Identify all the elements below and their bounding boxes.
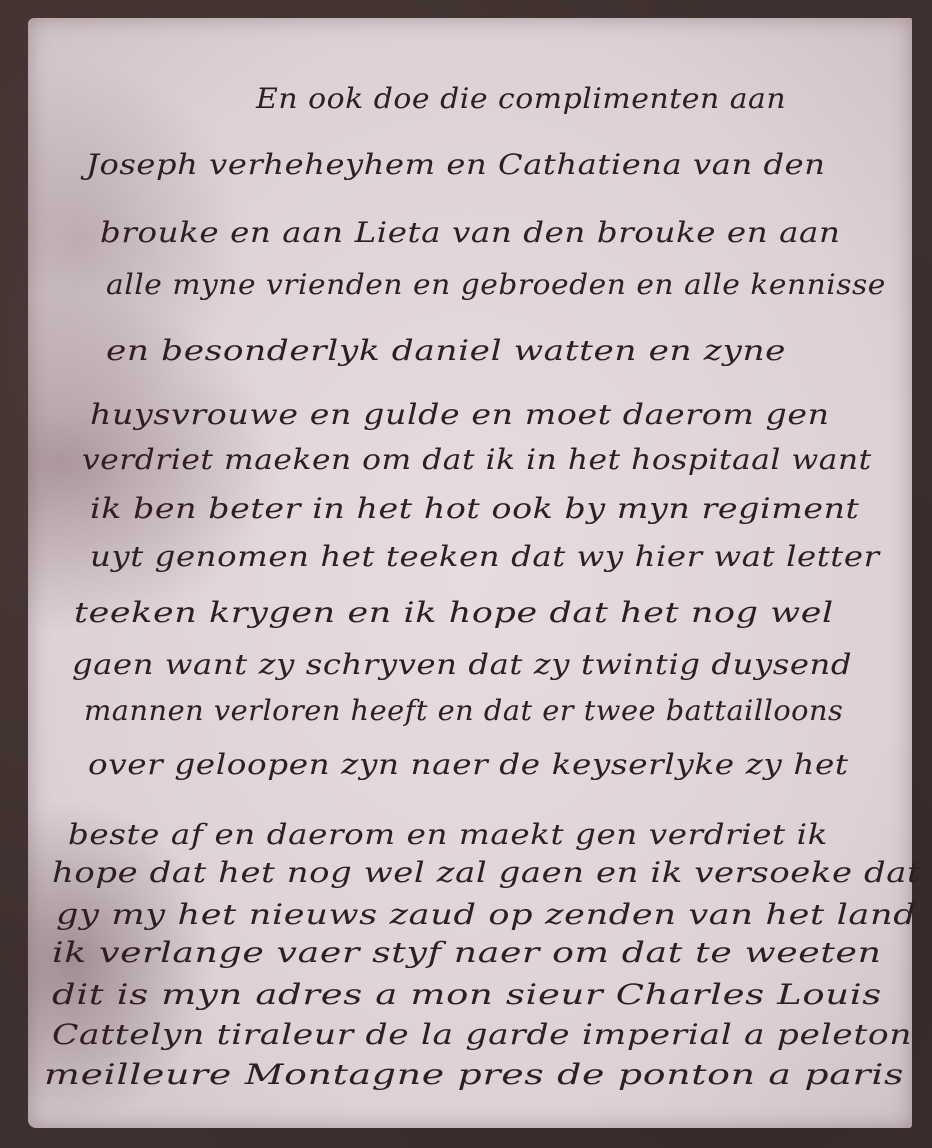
- letter-line-6: huysvrouwe en gulde en moet daerom gen: [90, 398, 830, 431]
- letter-line-20: meilleure Montagne pres de ponton a pari…: [44, 1058, 904, 1091]
- letter-line-8: ik ben beter in het hot ook by myn regim…: [90, 492, 859, 525]
- letter-line-4: alle myne vrienden en gebroeden en alle …: [106, 268, 886, 301]
- letter-line-12: mannen verloren heeft en dat er twee bat…: [84, 694, 843, 727]
- letter-line-9: uyt genomen het teeken dat wy hier wat l…: [90, 540, 880, 573]
- letter-line-11: gaen want zy schryven dat zy twintig duy…: [72, 648, 852, 681]
- letter-line-5: en besonderlyk daniel watten en zyne: [106, 334, 786, 367]
- letter-line-7: verdriet maeken om dat ik in het hospita…: [82, 443, 872, 476]
- letter-line-10: teeken krygen en ik hope dat het nog wel: [74, 596, 834, 629]
- letter-line-13: over geloopen zyn naer de keyserlyke zy …: [88, 748, 849, 781]
- letter-line-17: ik verlange vaer styf naer om dat te wee…: [52, 936, 882, 969]
- letter-text: En ook doe die complimenten aan Joseph v…: [28, 18, 912, 1128]
- letter-page: En ook doe die complimenten aan Joseph v…: [28, 18, 912, 1128]
- letter-line-3: brouke en aan Lieta van den brouke en aa…: [100, 216, 840, 249]
- letter-line-18: dit is myn adres a mon sieur Charles Lou…: [52, 978, 882, 1011]
- letter-line-19: Cattelyn tiraleur de la garde imperial a…: [52, 1018, 912, 1051]
- letter-line-15: hope dat het nog wel zal gaen en ik vers…: [52, 856, 921, 889]
- letter-line-1: En ook doe die complimenten aan: [256, 82, 786, 115]
- letter-line-14: beste af en daerom en maekt gen verdriet…: [68, 818, 828, 851]
- letter-line-2: Joseph verheheyhem en Cathatiena van den: [86, 148, 825, 181]
- letter-line-16: gy my het nieuws zaud op zenden van het …: [56, 898, 916, 931]
